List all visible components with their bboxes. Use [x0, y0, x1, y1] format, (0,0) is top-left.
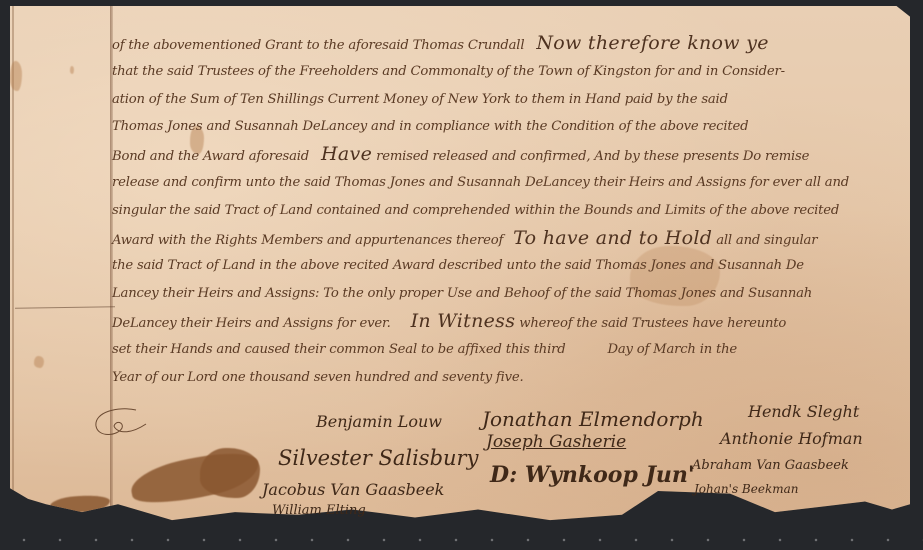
signature-jonathan-elmendorph: Jonathan Elmendorph [482, 407, 704, 431]
signature-block: Benjamin Louw Jonathan Elmendorph Joseph… [0, 0, 923, 550]
scan-mount-dots [0, 538, 923, 542]
signature-anthonie-hofman: Anthonie Hofman [720, 429, 863, 448]
signature-johannes-beekman: Johan's Beekman [694, 482, 798, 496]
signature-abraham-van-gaasbeek: Abraham Van Gaasbeek [692, 458, 849, 473]
signature-hendk-sleght: Hendk Sleght [748, 402, 859, 421]
signature-silvester-salisbury: Silvester Salisbury [278, 446, 478, 470]
scan-background: of the abovementioned Grant to the afore… [0, 0, 923, 550]
signature-william-elting: William Elting [272, 503, 366, 518]
signature-jacobus-van-gaasbeek: Jacobus Van Gaasbeek [262, 480, 444, 499]
signature-d-wynkoop: D: Wynkoop Jun' [490, 462, 695, 488]
signature-benjamin-louw: Benjamin Louw [316, 412, 442, 431]
signature-joseph-gasherie: Joseph Gasherie [486, 432, 626, 452]
